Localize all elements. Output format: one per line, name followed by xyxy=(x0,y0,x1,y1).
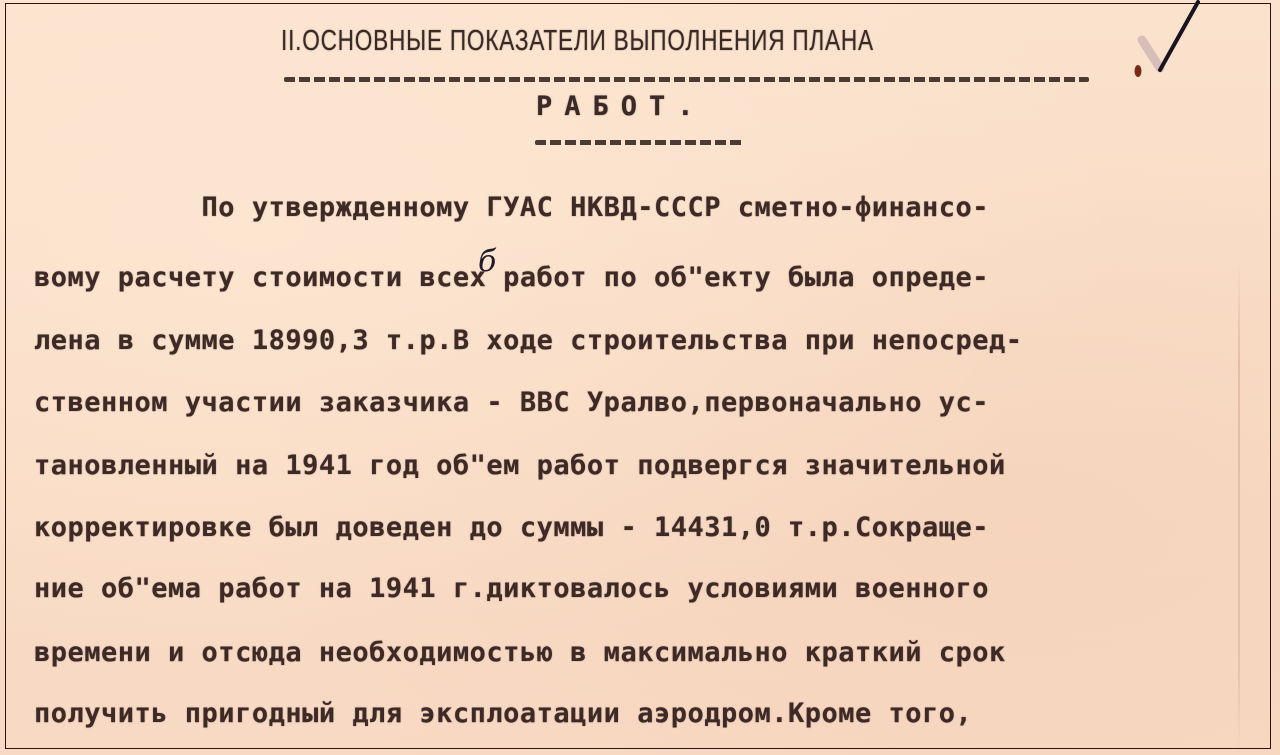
heading-underline-1 xyxy=(284,77,1089,82)
body-line: По утвержденному ГУАС НКВД-СССР сметно-ф… xyxy=(34,192,989,223)
handwritten-correction: б xyxy=(478,244,496,279)
body-line: корректировке был доведен до суммы - 144… xyxy=(34,512,989,543)
body-line: ственном участии заказчика - ВВС Уралво,… xyxy=(34,387,989,418)
section-heading-line2: РАБОТ. xyxy=(536,91,706,122)
body-line: тановленный на 1941 год об"ем работ подв… xyxy=(34,450,1006,481)
body-line: вому расчету стоимости всех работ по об"… xyxy=(34,262,989,293)
body-line: ние об"ема работ на 1941 г.диктовалось у… xyxy=(34,573,989,604)
checkmark-icon xyxy=(1130,0,1210,80)
body-line: лена в сумме 18990,3 т.р.В ходе строител… xyxy=(34,325,1023,356)
body-line: получить пригодный для эксплоатации аэро… xyxy=(34,698,972,729)
paper-fold-line xyxy=(1238,260,1240,755)
section-heading-line1: II.ОСНОВНЫЕ ПОКАЗАТЕЛИ ВЫПОЛНЕНИЯ ПЛАНА xyxy=(281,25,874,58)
document-page: II.ОСНОВНЫЕ ПОКАЗАТЕЛИ ВЫПОЛНЕНИЯ ПЛАНА … xyxy=(0,0,1280,755)
heading-underline-2 xyxy=(535,140,743,145)
body-line: времени и отсюда необходимостью в максим… xyxy=(34,637,1006,668)
